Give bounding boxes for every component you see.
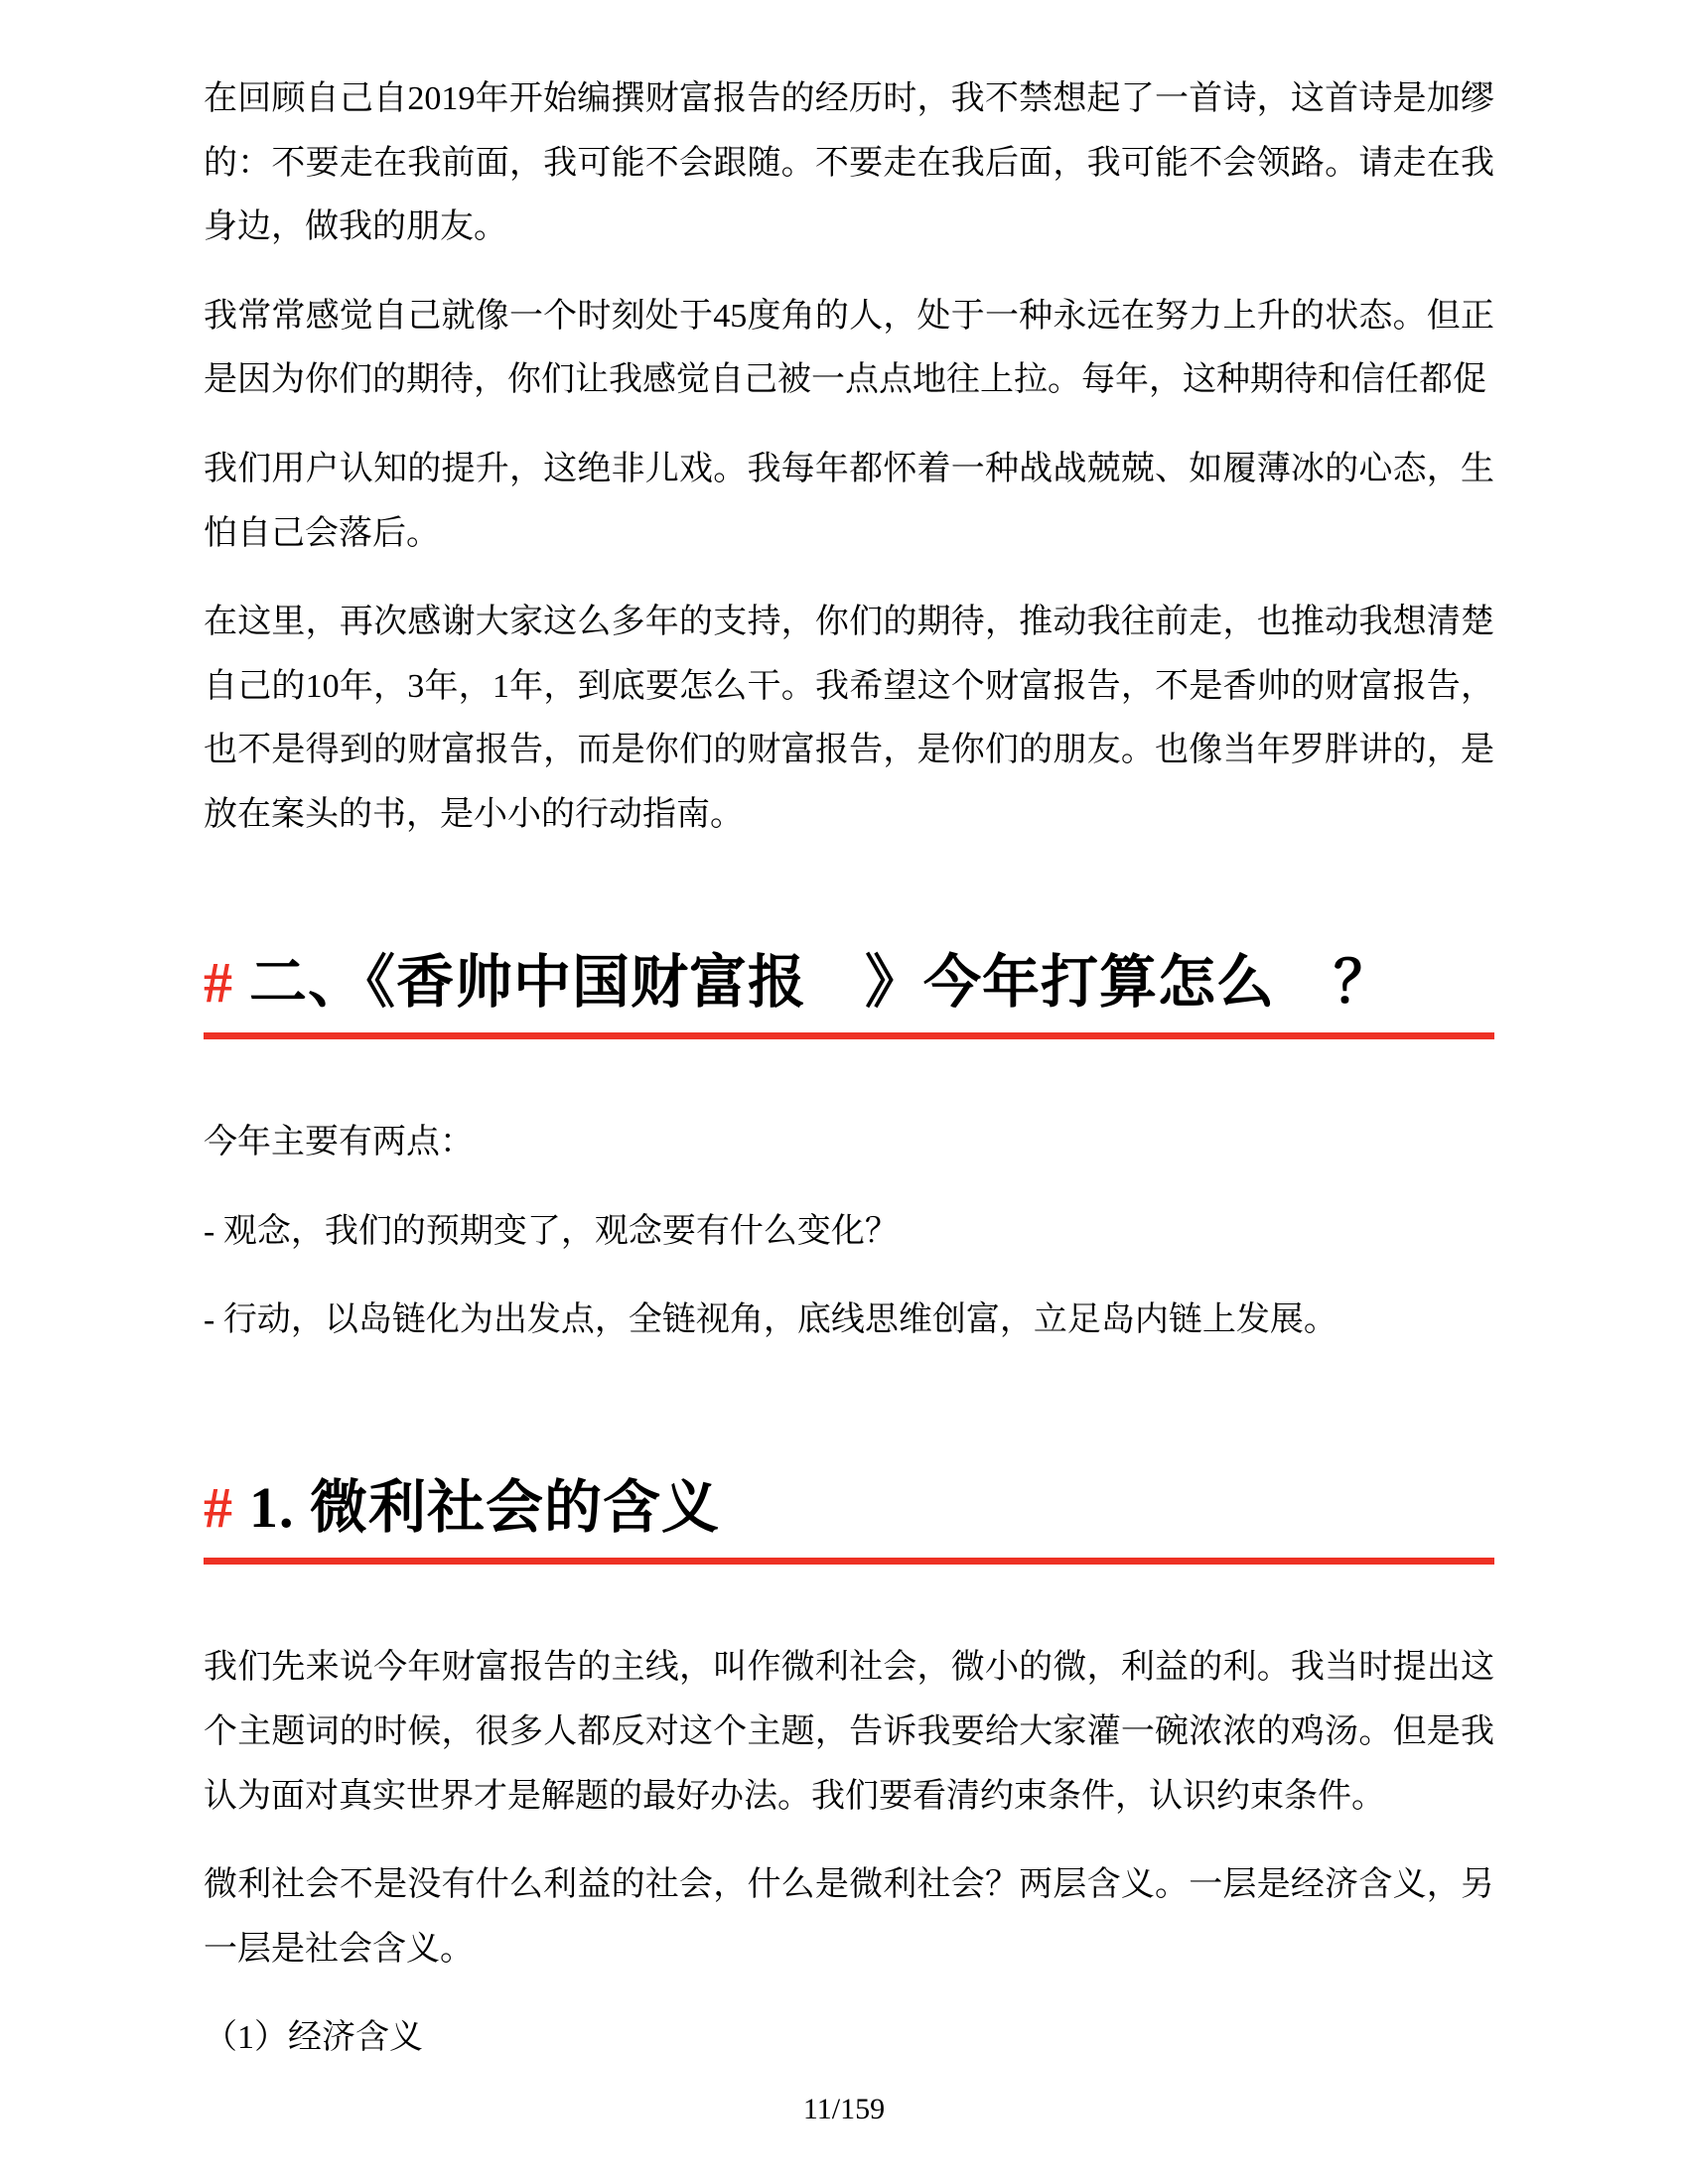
heading-hash-marker: # (204, 950, 233, 1015)
subsection-heading-micro-profit: #1. 微利社会的含义 (204, 1472, 1494, 1566)
heading-hash-marker: # (204, 1475, 233, 1540)
document-page: 在回顾自己自2019年开始编撰财富报告的经历时，我不禁想起了一首诗，这首诗是加缪… (0, 0, 1688, 2184)
subsection-heading-text: 1. 微利社会的含义 (249, 1475, 720, 1540)
section-heading-text: 二、《香帅中国财富报 》今年打算怎么 ？ (249, 950, 1392, 1015)
section-heading-wealth-report: #二、《香帅中国财富报 》今年打算怎么 ？ (204, 947, 1494, 1040)
page-number: 11/159 (0, 2093, 1688, 2126)
document-content: 在回顾自己自2019年开始编撰财富报告的经历时，我不禁想起了一首诗，这首诗是加缪… (204, 0, 1494, 2071)
bullet-concept: - 观念，我们的预期变了，观念要有什么变化？ (204, 1200, 1494, 1265)
paragraph-user-cognition: 我们用户认知的提升，这绝非儿戏。我每年都怀着一种战战兢兢、如履薄冰的心态，生怕自… (204, 438, 1494, 566)
paragraph-thanks: 在这里，再次感谢大家这么多年的支持，你们的期待，推动我往前走，也推动我想清楚自己… (204, 591, 1494, 847)
paragraph-45-degree: 我常常感觉自己就像一个时刻处于45度角的人，处于一种永远在努力上升的状态。但正是… (204, 285, 1494, 413)
bullet-action: - 行动，以岛链化为出发点，全链视角，底线思维创富，立足岛内链上发展。 (204, 1289, 1494, 1353)
paragraph-main-theme: 我们先来说今年财富报告的主线，叫作微利社会，微小的微，利益的利。我当时提出这个主… (204, 1636, 1494, 1829)
paragraph-economic-meaning-label: （1）经济含义 (204, 2006, 1494, 2071)
paragraph-two-points: 今年主要有两点： (204, 1111, 1494, 1175)
paragraph-two-meanings: 微利社会不是没有什么利益的社会，什么是微利社会？两层含义。一层是经济含义，另一层… (204, 1853, 1494, 1981)
paragraph-poem-camus: 在回顾自己自2019年开始编撰财富报告的经历时，我不禁想起了一首诗，这首诗是加缪… (204, 68, 1494, 260)
